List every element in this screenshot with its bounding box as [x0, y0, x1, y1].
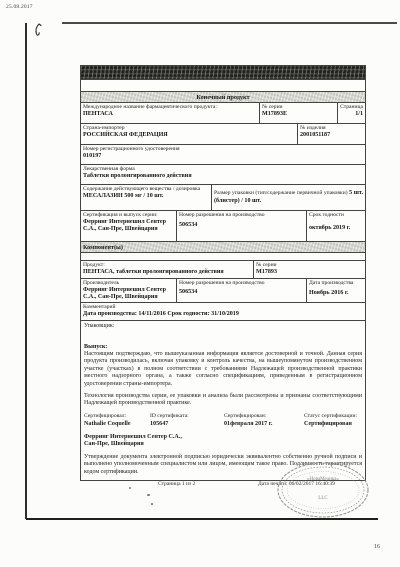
prod-date-value: Ноябрь 2016 г. — [309, 290, 363, 297]
stamp-center-name: «НоваМедика» — [307, 477, 339, 482]
component-product-label: Продукт: — [83, 262, 251, 269]
scan-speck — [129, 487, 131, 489]
section-final-product-title: Конечный продукт — [81, 94, 365, 101]
intl-name-cell: Международное название фармацевтического… — [81, 103, 259, 123]
stamp-sub-text: LLC — [318, 496, 328, 501]
substance-label: Содержание действующего вещества / дозир… — [83, 186, 209, 193]
section-components: Компонент(ы) — [81, 241, 365, 252]
pack-size-cell: Размер упаковки (тип/содержание первично… — [211, 185, 365, 210]
certified-by-label: Сертифицировал: — [84, 413, 148, 419]
series-value: M17893E — [262, 111, 335, 118]
comment-label: Комментарий — [83, 304, 363, 311]
series-cell: № серии M17893E — [259, 103, 337, 123]
prod-date-label: Дата производства — [309, 280, 363, 287]
cert-id-col: ID сертификата: 105647 — [150, 413, 222, 429]
table-row: Сертификация и выпуск серии: Ферринг Инт… — [81, 210, 365, 241]
release-statement-paragraph: Настоящим подтверждаю, что вышеуказанная… — [84, 351, 362, 388]
series-label: № серии — [262, 104, 335, 111]
table-row: Производитель Ферринг Интернешнл Сентер … — [81, 278, 365, 302]
table-row: Содержание действующего вещества / дозир… — [81, 184, 365, 210]
certification-grid: Сертифицировал: Nathalie Coquelle ID сер… — [84, 413, 362, 429]
comment-cell: Комментарий Дата производства: 14/11/201… — [81, 303, 365, 320]
component-product-value: ПЕНТАСА, таблетки пролонгированного дейс… — [83, 269, 251, 276]
mfg-permit-cell: Номер разрешения на производство 506534 — [176, 211, 306, 241]
scan-timestamp: 25.08.2017 — [6, 4, 33, 10]
substance-value: МЕСАЛАЗИН 500 мг / 10 шт. — [83, 193, 209, 200]
certified-on-value: 01февраля 2017 г. — [224, 421, 302, 428]
scan-left-edge-line — [25, 23, 27, 519]
reg-cert-value: 010197 — [83, 153, 363, 160]
document-title-band — [81, 66, 365, 79]
component-product-cell: Продукт: ПЕНТАСА, таблетки пролонгирован… — [81, 261, 253, 278]
page-value: 1/1 — [340, 111, 363, 118]
country-value: РОССИЙСКАЯ ФЕДЕРАЦИЯ — [83, 132, 295, 139]
shelf-life-label: Срок годности — [309, 212, 363, 219]
certified-by-col: Сертифицировал: Nathalie Coquelle — [84, 413, 148, 429]
table-row: Международное название фармацевтического… — [81, 102, 365, 123]
cert-release-cell: Сертификация и выпуск серии: Ферринг Инт… — [81, 211, 176, 241]
cert-release-label: Сертификация и выпуск серии: — [83, 212, 174, 219]
dosage-form-label: Лекарственная форма — [83, 166, 363, 173]
footer-page-indicator: Страница 1 из 2 — [158, 481, 195, 487]
component-series-cell: № серии M17893 — [253, 261, 365, 278]
table-row: Лекарственная форма Таблетки пролонгиров… — [81, 164, 365, 184]
page-cell: Страница 1/1 — [337, 103, 365, 123]
shelf-life-value: октябрь 2019 г. — [309, 225, 363, 232]
component-permit-cell: Номер разрешения на производство 506534 — [176, 279, 306, 302]
cert-status-col: Статус сертификации: Сертифицирован — [304, 413, 362, 429]
item-no-value: 2001051187 — [300, 132, 363, 139]
dates-line: Дата производства: 14/11/2016 Срок годно… — [83, 311, 363, 318]
empty-row — [81, 252, 365, 260]
item-no-cell: № изделия 2001051187 — [297, 124, 365, 144]
country-label: Страна-импортер — [83, 125, 295, 132]
mfg-permit-value: 506534 — [179, 222, 304, 229]
reg-cert-cell: Номер регистрационного удостоверения 010… — [81, 145, 365, 164]
intl-name-label: Международное название фармацевтического… — [83, 104, 257, 111]
prod-date-cell: Дата производства Ноябрь 2016 г. — [306, 279, 365, 302]
certified-on-col: Сертифицирован: 01февраля 2017 г. — [224, 413, 302, 429]
certified-by-value: Nathalie Coquelle — [84, 421, 148, 428]
empty-row — [81, 79, 365, 91]
substance-cell: Содержание действующего вещества / дозир… — [81, 185, 211, 210]
release-section: Упаковщик: Выпуск: Настоящим подтверждаю… — [81, 320, 365, 480]
sheet-number: 16 — [374, 544, 380, 550]
stamp-arc-texture: · . · . · . · — [309, 507, 336, 512]
dosage-form-value: Таблетки пролонгированного действия — [83, 173, 363, 180]
cert-release-value: Ферринг Интернешнл Сентер С.А., Сан-Пре,… — [83, 219, 174, 234]
manufacturer-cell: Производитель Ферринг Интернешнл Сентер … — [81, 279, 176, 302]
reg-cert-label: Номер регистрационного удостоверения — [83, 146, 363, 153]
scan-top-edge-line — [62, 22, 397, 24]
pack-size-label: Размер упаковки (тип/содержание первично… — [214, 190, 348, 196]
cert-status-label: Статус сертификации: — [304, 413, 362, 419]
mfg-permit-label: Номер разрешения на производство — [179, 212, 304, 219]
cert-id-label: ID сертификата: — [150, 413, 222, 419]
cert-status-value: Сертифицирован — [304, 421, 362, 428]
packer-blank-space — [84, 331, 362, 344]
component-series-value: M17893 — [256, 269, 363, 276]
certificate-document: Конечный продукт Международное название … — [80, 65, 366, 481]
section-final-product: Конечный продукт — [81, 91, 365, 102]
table-row: Страна-импортер РОССИЙСКАЯ ФЕДЕРАЦИЯ № и… — [81, 123, 365, 144]
section-components-title: Компонент(ы) — [81, 244, 365, 251]
novamedica-stamp: . · . · . · . «НоваМедика» LLC · . · . ·… — [276, 461, 370, 519]
certifying-company: Ферринг Интернешнл Сентер С.А., Сан-Пре,… — [84, 434, 362, 449]
intl-name-value: ПЕНТАСА — [83, 111, 257, 118]
shelf-life-cell: Срок годности октябрь 2019 г. — [306, 211, 365, 241]
certified-on-label: Сертифицирован: — [224, 413, 302, 419]
gmp-review-paragraph: Технология производства серии, ее упаков… — [84, 393, 362, 408]
page-label: Страница — [340, 104, 363, 111]
scan-speck — [151, 503, 153, 505]
item-no-label: № изделия — [300, 125, 363, 132]
packer-label: Упаковщик: — [84, 323, 362, 330]
dosage-form-cell: Лекарственная форма Таблетки пролонгиров… — [81, 165, 365, 184]
comment-row: Комментарий Дата производства: 14/11/201… — [81, 302, 365, 320]
scan-speck — [147, 494, 150, 496]
table-row: Продукт: ПЕНТАСА, таблетки пролонгирован… — [81, 260, 365, 278]
component-permit-label: Номер разрешения на производство — [179, 280, 304, 287]
manufacturer-label: Производитель — [83, 280, 174, 287]
country-cell: Страна-импортер РОССИЙСКАЯ ФЕДЕРАЦИЯ — [81, 124, 297, 144]
component-permit-value: 506534 — [179, 289, 304, 296]
handwritten-mark — [30, 22, 45, 40]
stamp-arc-texture: . · . · . · . — [310, 471, 337, 476]
cert-id-value: 105647 — [150, 421, 222, 428]
certifying-company-line2: Сан-Пре, Швейцария — [84, 441, 362, 449]
manufacturer-value: Ферринг Интернешнл Сентер С.А., Сан-Пре,… — [83, 287, 174, 302]
component-series-label: № серии — [256, 262, 363, 269]
table-row: Номер регистрационного удостоверения 010… — [81, 144, 365, 164]
release-label: Выпуск: — [84, 344, 362, 351]
